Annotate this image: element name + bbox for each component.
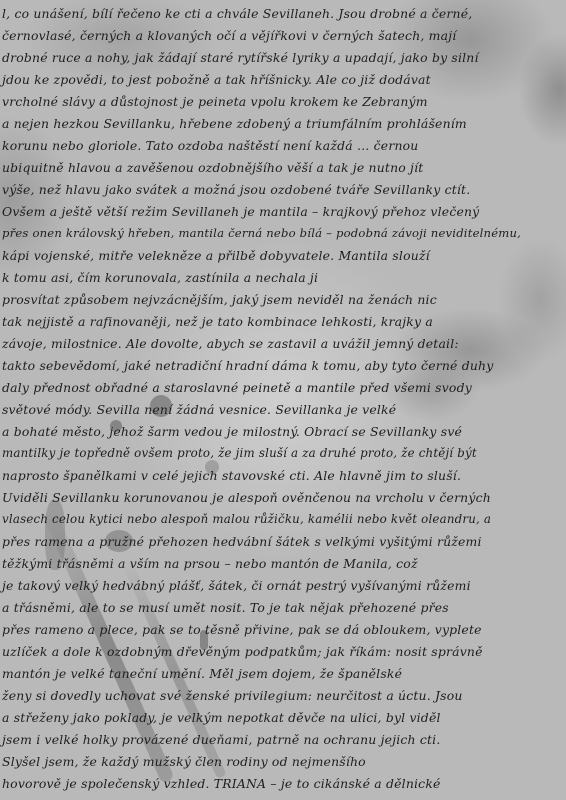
text-line: a střeženy jako poklady, je velkým nepot… — [2, 710, 441, 725]
text-line: Uviděli Sevillanku korunovanou je alespo… — [2, 490, 491, 505]
text-line: přes rameno a plece, pak se to těsně při… — [2, 622, 482, 637]
text-line: vlasech celou kytici nebo alespoň malou … — [2, 512, 491, 526]
text-line: těžkými třásněmi a vším na prsou – nebo … — [2, 556, 418, 571]
text-line: mantón je velké taneční umění. Měl jsem … — [2, 666, 402, 681]
text-line: přes onen královský hřeben, mantila čern… — [2, 226, 521, 240]
text-line: světové módy. Sevilla není žádná vesnice… — [2, 402, 396, 417]
text-line: je takový velký hedvábný plášť, šátek, č… — [2, 578, 471, 593]
text-line: ubiquitně hlavou a zavěšenou ozdobnějšíh… — [2, 160, 423, 175]
text-line: mantilky je topředně ovšem proto, že jim… — [2, 446, 477, 460]
text-line: a třásněmi, ale to se musí umět nosit. T… — [2, 600, 449, 615]
text-line: prosvítat způsobem nejvzácnějším, jaký j… — [2, 292, 437, 307]
text-line: a bohaté město, jehož šarm vedou je milo… — [2, 424, 462, 439]
text-line: Slyšel jsem, že každý mužský člen rodiny… — [2, 754, 366, 769]
text-line: k tomu asi, čím korunovala, zastínila a … — [2, 270, 318, 285]
text-line: takto sebevědomí, jaké netradiční hradní… — [2, 358, 493, 373]
text-line: daly přednost obřadné a staroslavné pein… — [2, 380, 472, 395]
text-line: ženy si dovedly uchovat své ženské privi… — [2, 688, 463, 703]
text-line: uzlíček a dole k ozdobným dřevěným podpa… — [2, 644, 483, 659]
text-line: výše, než hlavu jako svátek a možná jsou… — [2, 182, 470, 197]
text-line: jsem i velké holky provázené dueňami, pa… — [2, 732, 441, 747]
text-line: drobné ruce a nohy, jak žádají staré ryt… — [2, 50, 479, 65]
text-line: hovorově je společenský vzhled. TRIANA –… — [2, 776, 441, 791]
text-line: naprosto španělkami v celé jejich stavov… — [2, 468, 461, 483]
text-line: tak nejjistě a rafinovaněji, než je tato… — [2, 314, 433, 329]
manuscript-page: l, co unášení, bílí řečeno ke cti a chvá… — [0, 0, 566, 800]
text-line: vrcholné slávy a důstojnost je peineta v… — [2, 94, 428, 109]
text-line: černovlasé, černých a klovaných očí a vě… — [2, 28, 456, 43]
text-line: a nejen hezkou Sevillanku, hřebene zdobe… — [2, 116, 467, 131]
text-line: kápi vojenské, mitře velekněze a přilbě … — [2, 248, 430, 263]
text-line: jdou ke zpovědi, to jest pobožně a tak h… — [2, 72, 431, 87]
text-line: přes ramena a pružné přehozen hedvábní š… — [2, 534, 482, 549]
text-line: l, co unášení, bílí řečeno ke cti a chvá… — [2, 6, 472, 21]
text-line: závoje, milostnice. Ale dovolte, abych s… — [2, 336, 459, 351]
text-line: korunu nebo gloriole. Tato ozdoba naštěs… — [2, 138, 419, 153]
text-line: Ovšem a ještě větší režim Sevillaneh je … — [2, 204, 479, 219]
